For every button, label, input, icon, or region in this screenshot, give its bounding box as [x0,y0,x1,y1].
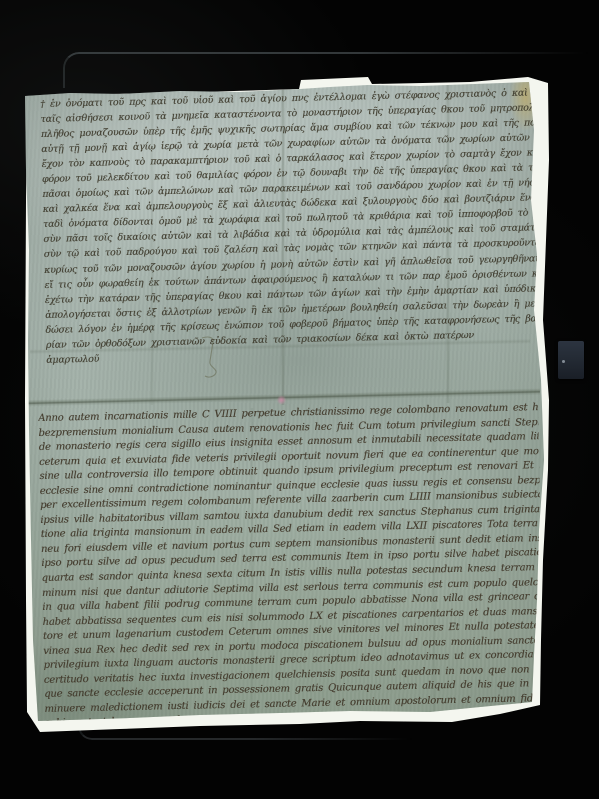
latin-text-block: Anno autem incarnationis mille C VIIII p… [38,401,545,732]
greek-text-block: † ἐν ὀνόματι τοῦ πρς καὶ τοῦ υἱοῦ καὶ το… [40,85,540,367]
parchment-charter: † ἐν ὀνόματι τοῦ πρς καὶ τοῦ υἱοῦ καὶ το… [0,0,599,799]
clip-tab-highlight [562,360,565,363]
stain-pink-fold-spot [277,395,286,405]
photo-backdrop: † ἐν ὀνόματι τοῦ πρς καὶ τοῦ υἱοῦ καὶ το… [0,0,599,799]
clip-tab [558,341,584,379]
